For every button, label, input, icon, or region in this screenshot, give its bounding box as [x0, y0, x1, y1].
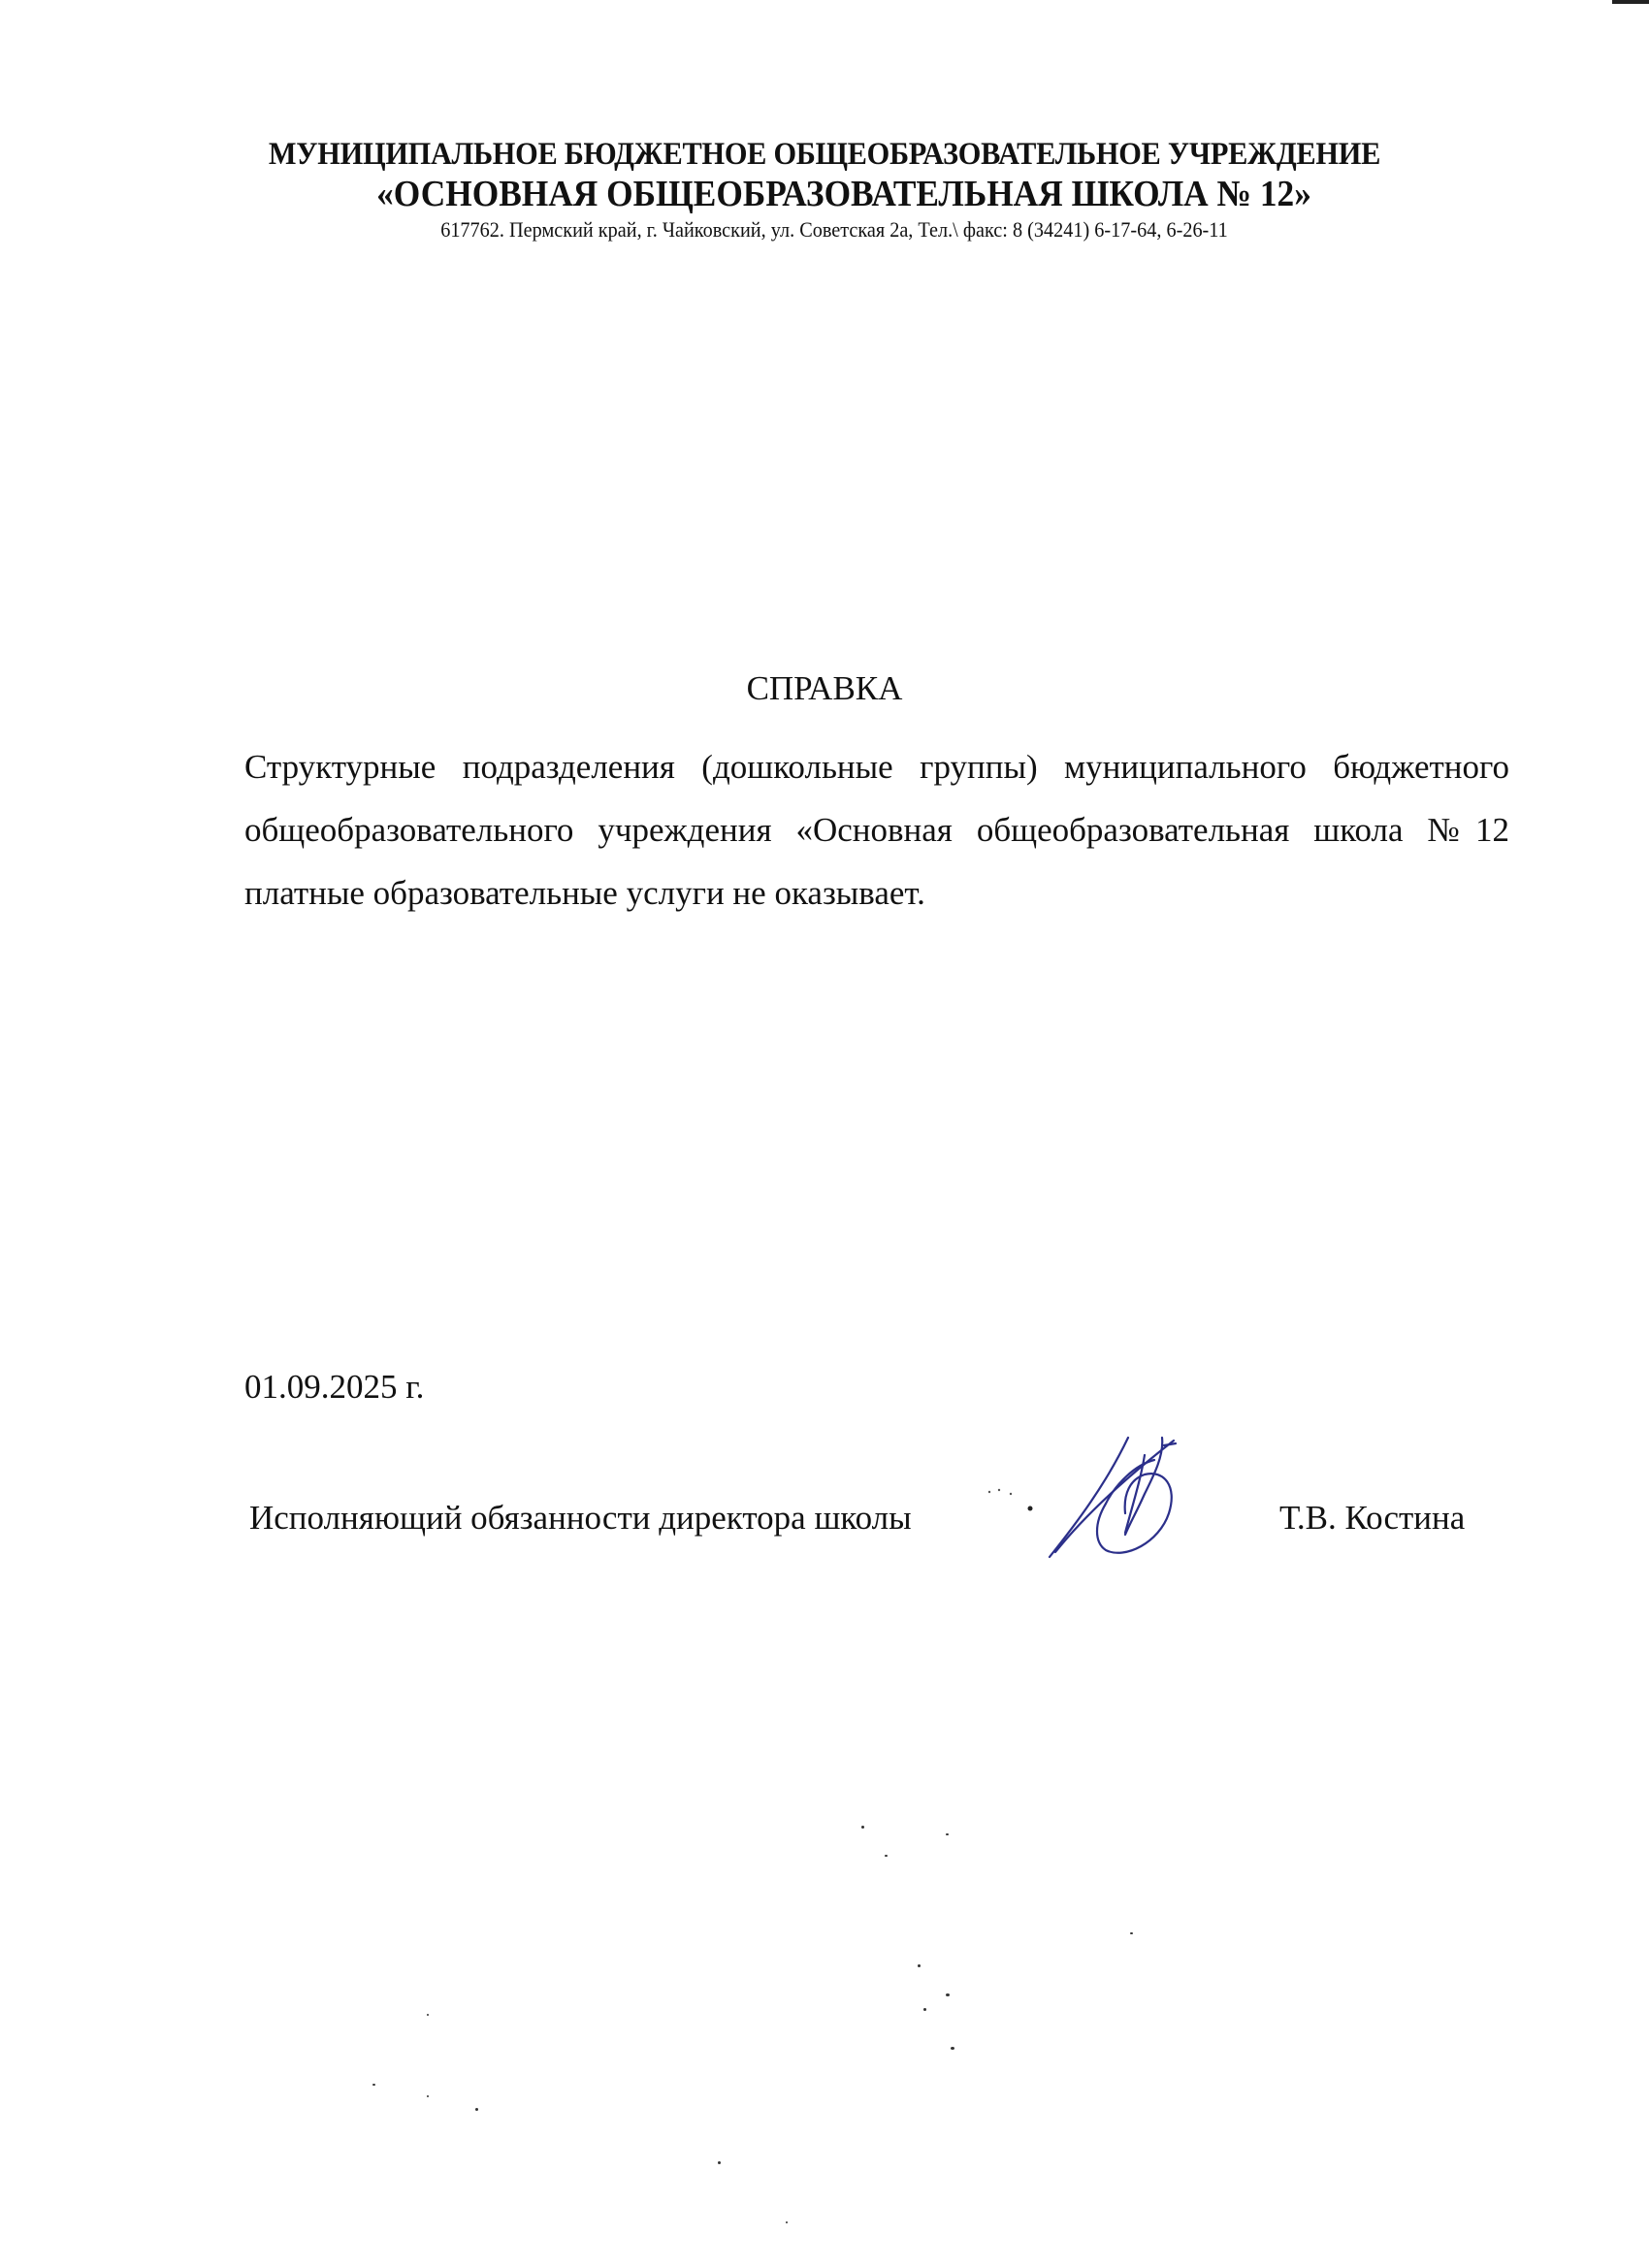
scan-speck	[923, 2008, 926, 2011]
scan-speck	[946, 1993, 950, 1996]
document-title: СПРАВКА	[0, 669, 1649, 708]
scan-speck	[946, 1833, 949, 1835]
scan-speck	[861, 1826, 864, 1829]
document-date: 01.09.2025 г.	[244, 1368, 424, 1407]
scan-speck	[475, 2108, 478, 2111]
handwritten-signature-icon	[970, 1426, 1222, 1571]
scan-speck	[918, 1964, 921, 1967]
letterhead-address: 617762. Пермский край, г. Чайковский, ул…	[84, 215, 1584, 244]
scan-speck	[885, 1855, 888, 1857]
scan-speck	[786, 2221, 788, 2223]
scan-speck	[372, 2084, 375, 2086]
letterhead: МУНИЦИПАЛЬНОЕ БЮДЖЕТНОЕ ОБЩЕОБРАЗОВАТЕЛЬ…	[0, 136, 1649, 244]
scan-speck	[718, 2161, 721, 2164]
document-page: МУНИЦИПАЛЬНОЕ БЮДЖЕТНОЕ ОБЩЕОБРАЗОВАТЕЛЬ…	[0, 0, 1649, 2268]
scan-corner-mark	[1612, 0, 1649, 4]
scan-speck	[951, 2047, 954, 2050]
signatory-role: Исполняющий обязанности директора школы	[249, 1499, 912, 1538]
signatory-name: Т.В. Костина	[1279, 1499, 1465, 1538]
document-body: Структурные подразделения (дошкольные гр…	[244, 735, 1509, 924]
letterhead-institution-type: МУНИЦИПАЛЬНОЕ БЮДЖЕТНОЕ ОБЩЕОБРАЗОВАТЕЛЬ…	[66, 136, 1583, 173]
scan-speck	[1130, 1932, 1133, 1934]
scan-speck	[427, 2014, 429, 2016]
letterhead-school-name: «ОСНОВНАЯ ОБЩЕОБРАЗОВАТЕЛЬНАЯ ШКОЛА № 12…	[95, 173, 1593, 215]
scan-speck	[427, 2095, 429, 2097]
